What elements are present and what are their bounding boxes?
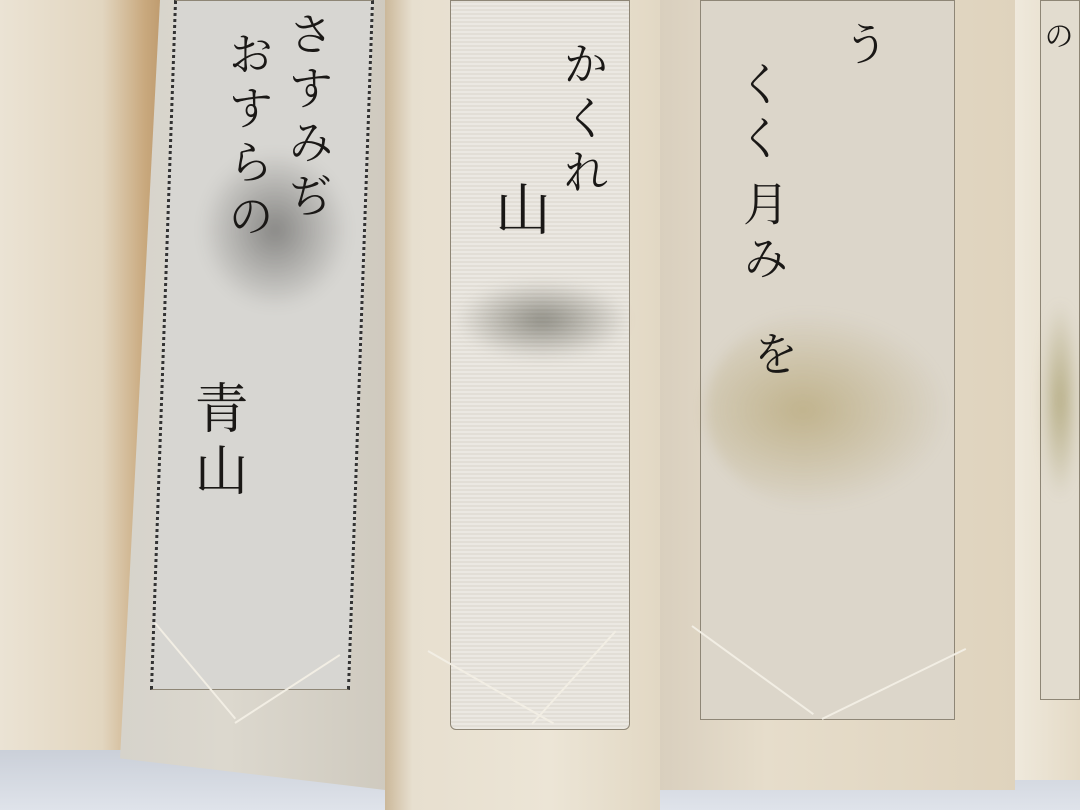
gold-dust-right: [1040, 300, 1080, 500]
calligraphy-column: の: [1040, 20, 1070, 58]
calligraphy-column: 山: [490, 180, 546, 244]
silver-dust: [455, 280, 630, 360]
calligraphy-column: 青山: [190, 380, 244, 504]
calligraphy-column: かくれ: [560, 40, 606, 202]
calligraphy-column: う: [840, 20, 886, 74]
calligraphy-column: 月み: [740, 180, 786, 288]
calligraphy-column: くく: [735, 60, 781, 168]
calligraphy-column: を: [750, 330, 796, 384]
calligraphy-column: おすらの: [225, 30, 271, 246]
gold-dust: [705, 310, 950, 510]
calligraphy-column: さすみぢ: [285, 10, 331, 226]
